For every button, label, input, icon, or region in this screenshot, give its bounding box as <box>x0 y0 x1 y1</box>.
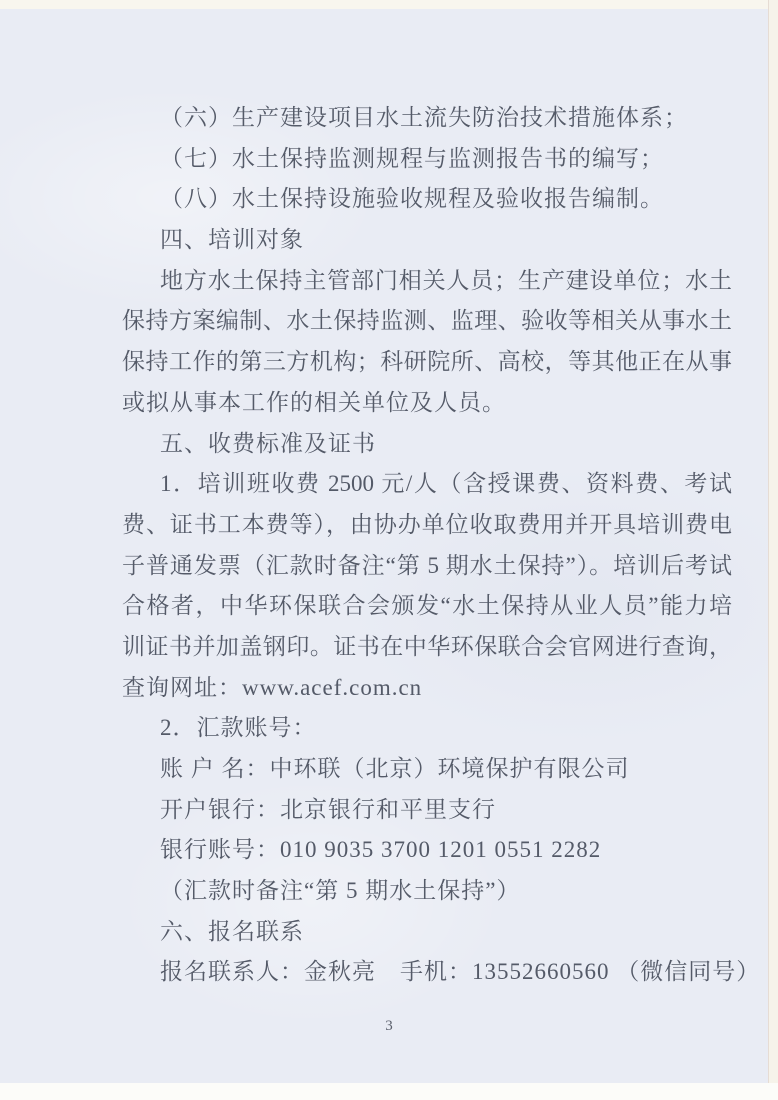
document-line-item-6: （六）生产建设项目水土流失防治技术措施体系； <box>122 98 732 139</box>
document-line: 合格者，中华环保联合会颁发“水土保持从业人员”能力培 <box>122 586 732 627</box>
document-line-remit-note: （汇款时备注“第 5 期水土保持”） <box>122 871 732 912</box>
scan-edge-bottom <box>0 1083 778 1100</box>
section-heading-6: 六、报名联系 <box>122 912 732 953</box>
document-line: 或拟从事本工作的相关单位及人员。 <box>122 383 732 424</box>
page-number: 3 <box>0 1018 778 1035</box>
document-line-remit-heading: 2．汇款账号： <box>122 708 732 749</box>
document-line-bank-name: 开户银行：北京银行和平里支行 <box>122 790 732 831</box>
document-line: 地方水土保持主管部门相关人员；生产建设单位；水土 <box>122 261 732 302</box>
section-heading-5: 五、收费标准及证书 <box>122 424 732 465</box>
scanned-page: （六）生产建设项目水土流失防治技术措施体系； （七）水土保持监测规程与监测报告书… <box>0 0 778 1100</box>
document-line: 保持工作的第三方机构；科研院所、高校，等其他正在从事 <box>122 342 732 383</box>
document-line-item-7: （七）水土保持监测规程与监测报告书的编写； <box>122 139 732 180</box>
document-line-contact: 报名联系人：金秋亮 手机：13552660560 （微信同号） <box>122 952 732 993</box>
document-line: 训证书并加盖钢印。证书在中华环保联合会官网进行查询， <box>122 627 732 668</box>
document-line: 费、证书工本费等），由协办单位收取费用并开具培训费电 <box>122 505 732 546</box>
document-line: 1．培训班收费 2500 元/人（含授课费、资料费、考试 <box>122 464 732 505</box>
scan-edge-top <box>0 0 778 9</box>
document-body: （六）生产建设项目水土流失防治技术措施体系； （七）水土保持监测规程与监测报告书… <box>122 98 732 993</box>
document-line-item-8: （八）水土保持设施验收规程及验收报告编制。 <box>122 179 732 220</box>
scan-edge-right <box>768 0 778 1083</box>
section-heading-4: 四、培训对象 <box>122 220 732 261</box>
document-line-account-number: 银行账号：010 9035 3700 1201 0551 2282 <box>122 830 732 871</box>
document-line: 子普通发票（汇款时备注“第 5 期水土保持”）。培训后考试 <box>122 546 732 587</box>
document-line-website: 查询网址：www.acef.com.cn <box>122 668 732 709</box>
document-line: 保持方案编制、水土保持监测、监理、验收等相关从事水土 <box>122 301 732 342</box>
document-line-account-name: 账 户 名：中环联（北京）环境保护有限公司 <box>122 749 732 790</box>
